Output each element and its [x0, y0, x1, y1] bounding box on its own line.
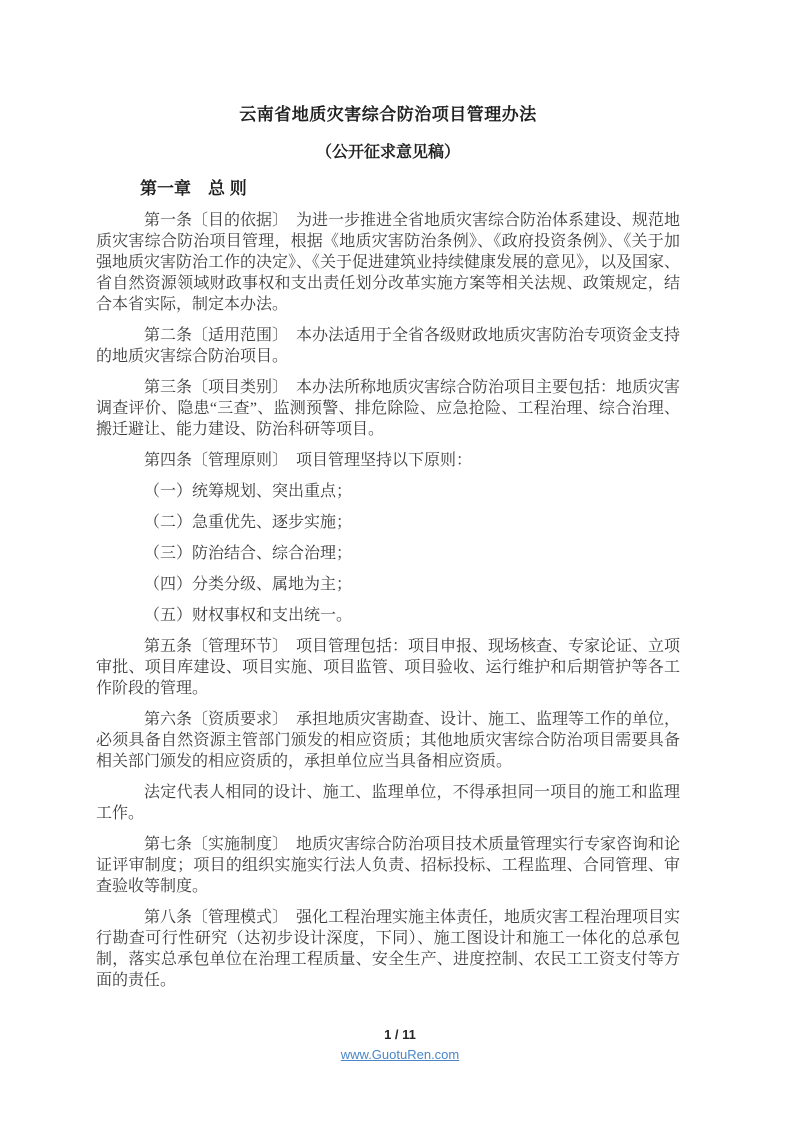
- paragraph-article-5: 第五条〔管理环节〕 项目管理包括：项目申报、现场核查、专家论证、立项审批、项目库…: [96, 636, 680, 699]
- paragraph-article-3: 第三条〔项目类别〕 本办法所称地质灾害综合防治项目主要包括：地质灾害调查评价、隐…: [96, 377, 680, 440]
- paragraph-article-4: 第四条〔管理原则〕 项目管理坚持以下原则：: [96, 450, 680, 471]
- document-subtitle: （公开征求意见稿）: [96, 142, 680, 164]
- list-item-principle-3: （三）防治结合、综合治理；: [96, 543, 680, 564]
- footer-link[interactable]: www.GuotuRen.com: [341, 1046, 460, 1063]
- document-title: 云南省地质灾害综合防治项目管理办法: [96, 88, 680, 126]
- document-page: 云南省地质灾害综合防治项目管理办法 （公开征求意见稿） 第一章 总 则 第一条〔…: [0, 0, 800, 1132]
- paragraph-article-6-continued: 法定代表人相同的设计、施工、监理单位，不得承担同一项目的施工和监理工作。: [96, 782, 680, 824]
- paragraph-article-7: 第七条〔实施制度〕 地质灾害综合防治项目技术质量管理实行专家咨询和论证评审制度；…: [96, 834, 680, 897]
- page-footer: 1 / 11 www.GuotuRen.com: [0, 1026, 800, 1064]
- chapter-heading: 第一章 总 则: [96, 178, 680, 200]
- document-content: 云南省地质灾害综合防治项目管理办法 （公开征求意见稿） 第一章 总 则 第一条〔…: [0, 0, 800, 991]
- list-item-principle-1: （一）统筹规划、突出重点；: [96, 481, 680, 502]
- list-item-principle-5: （五）财权事权和支出统一。: [96, 605, 680, 626]
- list-item-principle-2: （二）急重优先、逐步实施；: [96, 512, 680, 533]
- list-item-principle-4: （四）分类分级、属地为主；: [96, 574, 680, 595]
- paragraph-article-6: 第六条〔资质要求〕 承担地质灾害勘查、设计、施工、监理等工作的单位，必须具备自然…: [96, 709, 680, 772]
- paragraph-article-2: 第二条〔适用范围〕 本办法适用于全省各级财政地质灾害防治专项资金支持的地质灾害综…: [96, 325, 680, 367]
- page-number: 1 / 11: [0, 1026, 800, 1043]
- paragraph-article-8: 第八条〔管理模式〕 强化工程治理实施主体责任，地质灾害工程治理项目实行勘查可行性…: [96, 907, 680, 991]
- paragraph-article-1: 第一条〔目的依据〕 为进一步推进全省地质灾害综合防治体系建设、规范地质灾害综合防…: [96, 210, 680, 315]
